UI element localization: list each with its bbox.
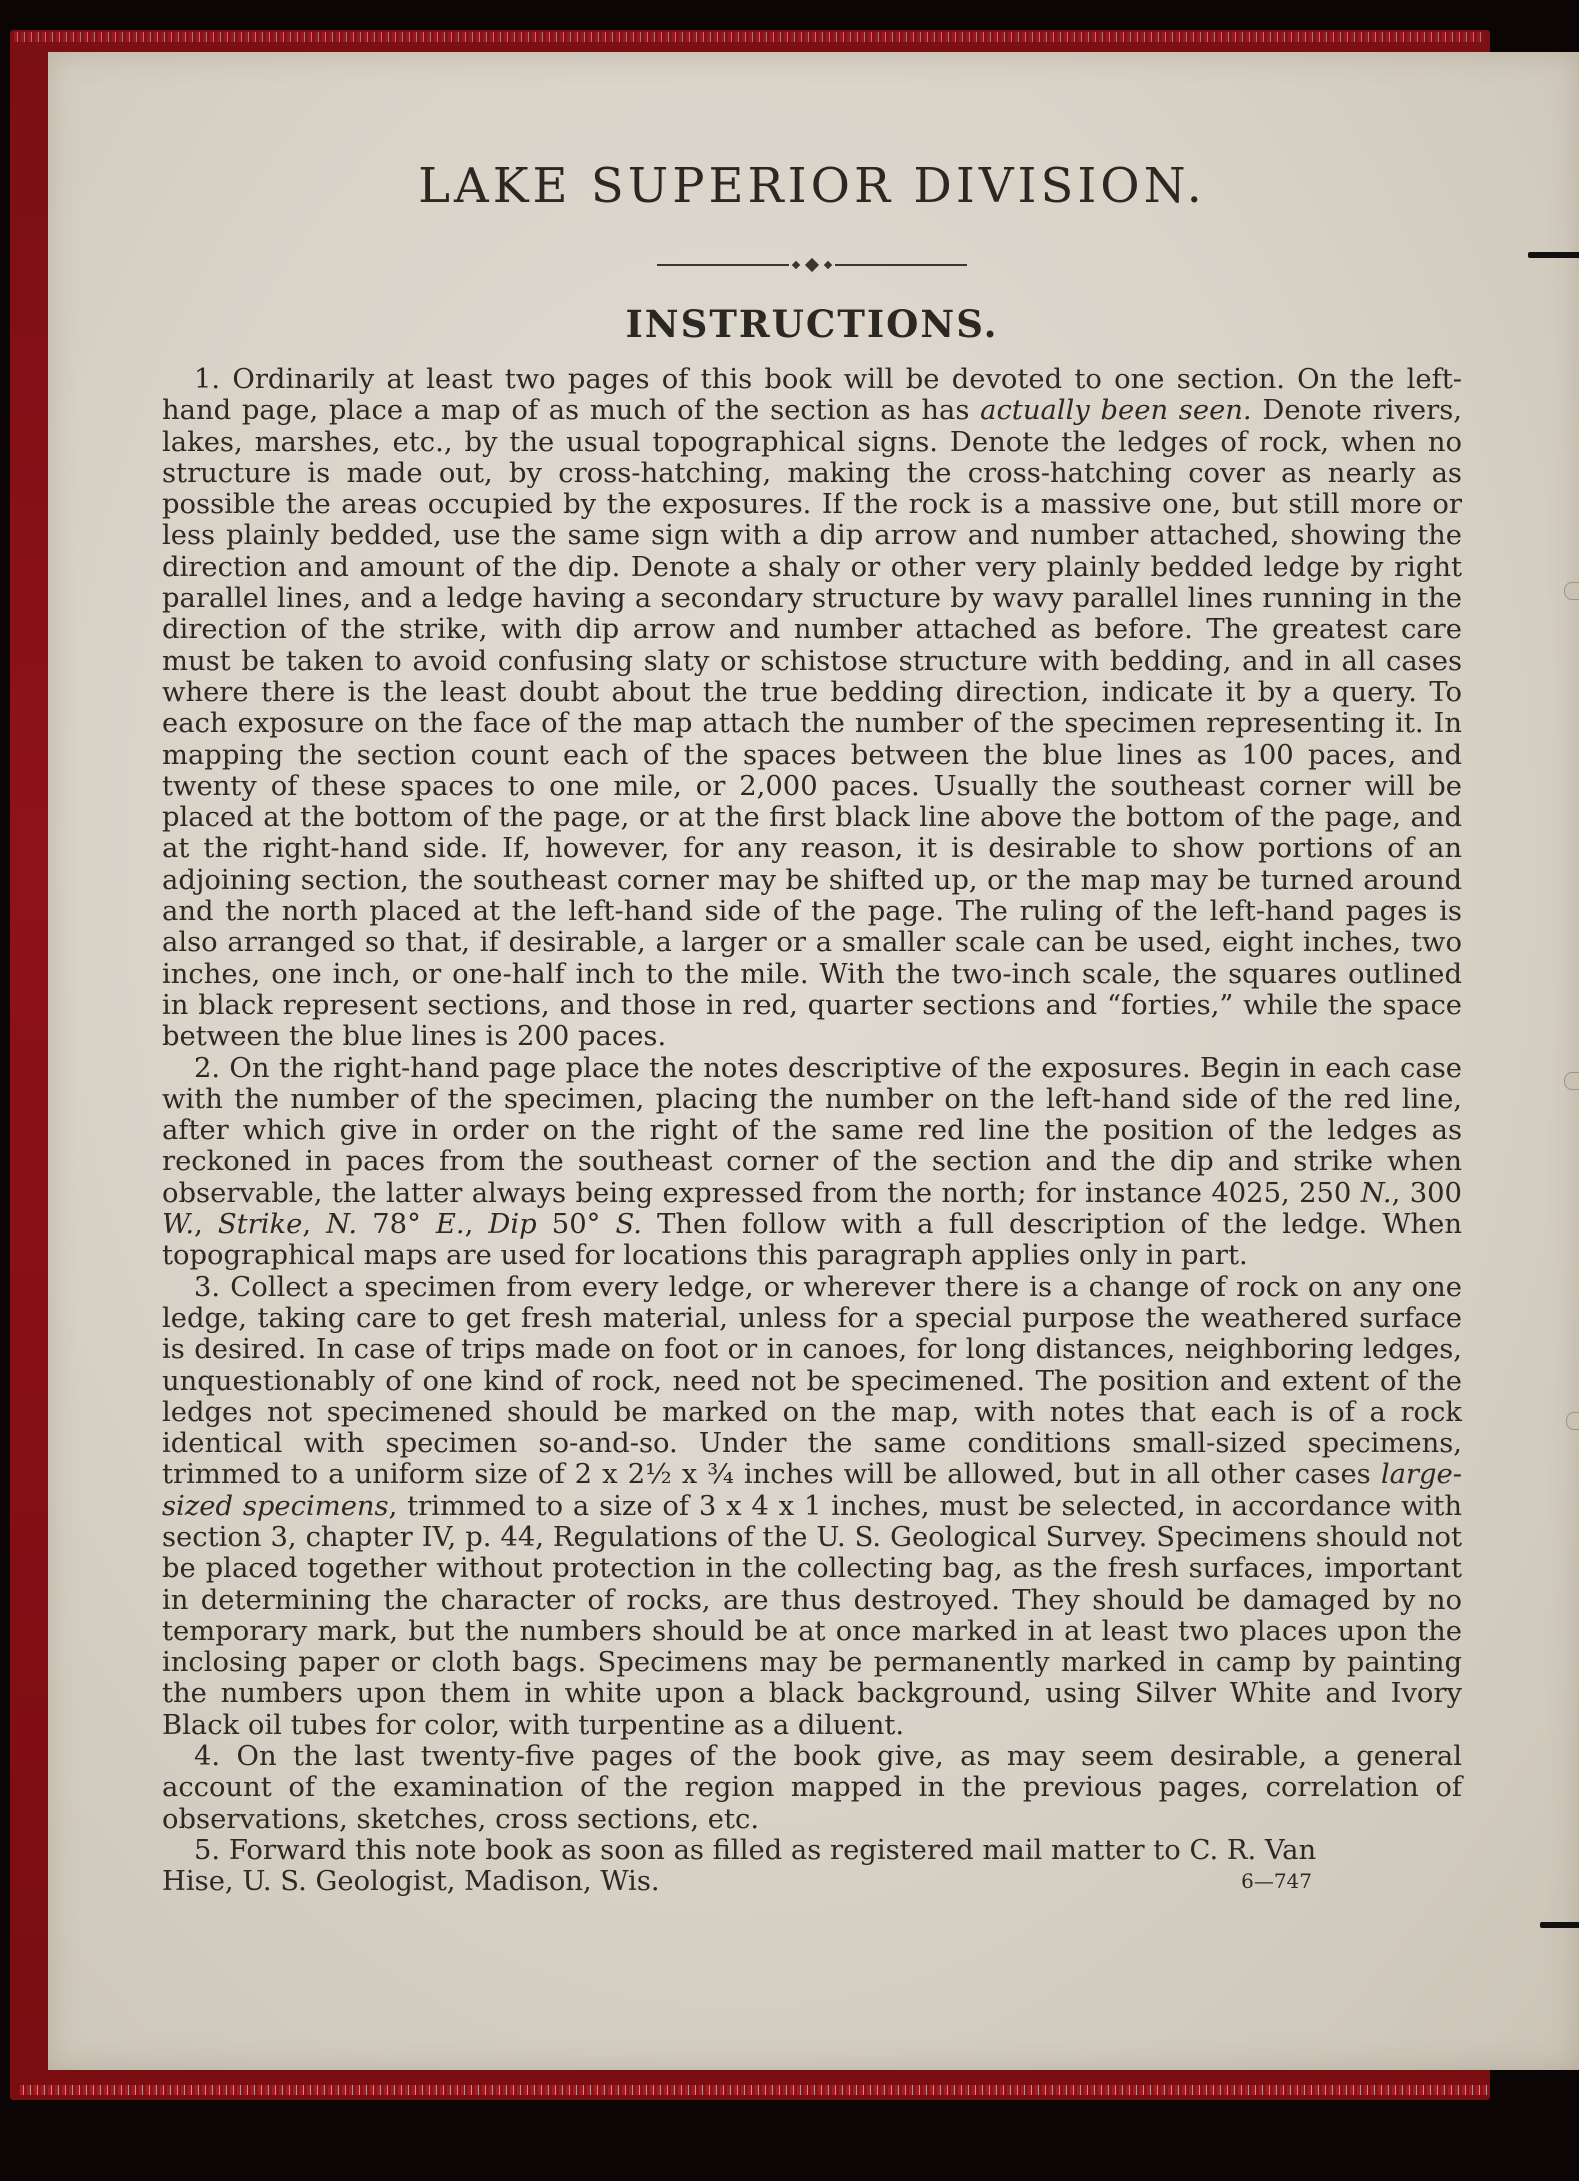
instruction-paragraph: 3. Collect a specimen from every ledge, … [162, 1272, 1462, 1741]
paragraph-text: On the right-hand page place the notes d… [162, 1053, 1462, 1209]
closing-address: Hise, U. S. Geologist, Madison, Wis. [162, 1866, 660, 1897]
paragraph-number: 4. [194, 1741, 220, 1772]
emphasis-text: actually been seen. [980, 395, 1252, 426]
binding-slot [1528, 252, 1579, 258]
instruction-paragraph: 2. On the right-hand page place the note… [162, 1053, 1462, 1272]
binding-knot [1564, 582, 1579, 600]
paragraph-number: 2. [194, 1053, 220, 1084]
paragraph-text: , trimmed to a size of 3 x 4 x 1 inches,… [162, 1491, 1462, 1741]
paragraph-text: , [465, 1209, 489, 1240]
emphasis-text: N. [326, 1209, 357, 1240]
instruction-paragraph: 1. Ordinarily at least two pages of this… [162, 364, 1462, 1053]
cover-edge-bottom [20, 2085, 1490, 2095]
ornament-diamond-icon [805, 258, 819, 272]
paragraph-number: 1. [194, 364, 220, 395]
ornament-diamond-icon [792, 261, 800, 269]
emphasis-text: S. [615, 1209, 642, 1240]
binding-knot [1566, 1412, 1579, 1430]
paragraph-number: 3. [194, 1272, 220, 1303]
instructions-list: 1. Ordinarily at least two pages of this… [162, 364, 1462, 1866]
paragraph-text: 50° [537, 1209, 616, 1240]
binding-slot [1540, 1922, 1579, 1928]
paragraph-text: 78° [357, 1209, 436, 1240]
print-code: 6—747 [1241, 1866, 1312, 1897]
emphasis-text: E. [436, 1209, 465, 1240]
paragraph-text: Forward this note book as soon as filled… [220, 1835, 1316, 1866]
paragraph-text: , [194, 1209, 218, 1240]
emphasis-text: W. [162, 1209, 194, 1240]
instruction-paragraph: 5. Forward this note book as soon as fil… [162, 1835, 1462, 1866]
paragraph-text: , 300 [1392, 1178, 1462, 1209]
title-ornament [162, 258, 1462, 272]
emphasis-text: Dip [488, 1209, 536, 1240]
ornament-rule [835, 264, 967, 266]
emphasis-text: N. [1361, 1178, 1392, 1209]
emphasis-text: Strike [218, 1209, 302, 1240]
ornament-diamond-icon [824, 261, 832, 269]
paragraph-number: 5. [194, 1835, 220, 1866]
closing-line: Hise, U. S. Geologist, Madison, Wis. 6—7… [162, 1866, 1462, 1897]
section-heading: INSTRUCTIONS. [162, 302, 1462, 346]
paragraph-text: Denote rivers, lakes, marshes, etc., by … [162, 395, 1462, 1052]
binding-knot [1564, 1072, 1579, 1090]
paragraph-text: On the last twenty-five pages of the boo… [162, 1741, 1462, 1835]
document-body: LAKE SUPERIOR DIVISION. INSTRUCTIONS. 1.… [162, 150, 1462, 1898]
paragraph-text: Collect a specimen from every ledge, or … [162, 1272, 1462, 1491]
page-title: LAKE SUPERIOR DIVISION. [162, 150, 1462, 214]
ornament-rule [657, 264, 789, 266]
cover-edge-top [14, 32, 1484, 42]
paragraph-text: , [302, 1209, 326, 1240]
instruction-paragraph: 4. On the last twenty-five pages of the … [162, 1741, 1462, 1835]
